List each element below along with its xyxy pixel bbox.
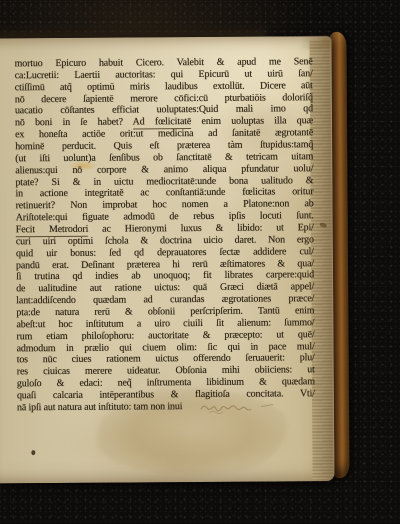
text-segment: hominē perducit. Quis eſt præterea tàm ſ… [15,139,313,152]
text-segment: pta:de natura rerū & obſonii perſcripſer… [16,305,314,318]
text-segment: alienus:qui nō corpore & animo aliqua pf… [15,163,313,176]
text-segment: curi uiri optimi ſchola & doctrina uicio… [16,234,314,247]
handwritten-annotation [199,399,277,416]
text-segment: quid uir bonus: ſed qd deprauatores ſect… [16,246,314,259]
text-segment: abeſt:ut hoc inſtitutum a uiro ciuili ſi… [16,317,314,330]
text-segment: lant:addiſcendo quædam ad curandas ægrot… [16,293,314,306]
text-segment: enim uoluptas illa quæ [191,116,313,128]
text-segment: ctiſſimū atq̃ optimū miris laudibus exto… [15,80,313,93]
text-segment: in actione integritatē ac conſtantiā:und… [15,187,313,200]
text-segment: nā ipſi aut natura aut inſtituto: tam no… [17,401,182,413]
text-segment: ſi trutina qd indies ab unoquoq; fit lib… [16,270,314,283]
latin-text-block: mortuo Epicuro habuit Cicero. Valebit & … [15,56,315,414]
text-segment: rum etiam philoſophoru: auctoritate & pr… [16,329,314,342]
page-corner-fold [286,36,330,49]
text-segment: nō boni in ſe habet? [15,117,133,129]
text-segment: mortuo Epicuro habuit Cicero. Valebit & … [15,56,313,69]
photo-background: mortuo Epicuro habuit Cicero. Valebit & … [0,0,400,524]
text-segment: ac Hieronymi luxus & libido: ut Epi/ [88,222,314,235]
text-segment: ca:Lucretii: Laertii auctoritas: qui Epi… [15,68,313,81]
text-segment: (ut iſti uolunt)a ſenſibus ob ſanctitatē… [15,151,313,164]
text-segment: Ariſtotele:qui figuate admodū de rebus i… [16,210,314,223]
book: mortuo Epicuro habuit Cicero. Valebit & … [0,0,400,524]
text-segment: ex honeſta actiōe orit:ut medicina ad ſa… [15,127,313,140]
